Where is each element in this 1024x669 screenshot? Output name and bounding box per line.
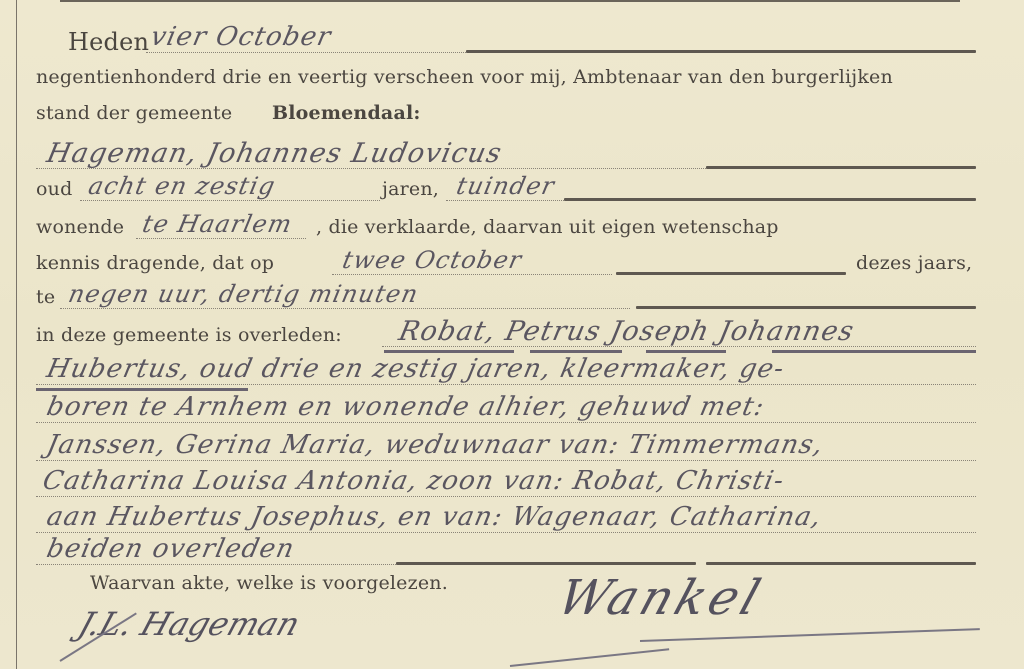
printed-stand: stand der gemeente: [36, 102, 232, 124]
printed-jaren: jaren,: [382, 178, 439, 200]
line-declarant-name: Hageman, Johannes Ludovicus: [36, 134, 996, 174]
handwritten-age: acht en zestig: [86, 172, 278, 200]
dotted-fill: [36, 460, 976, 461]
printed-te: te: [36, 286, 55, 308]
fill-rule: [396, 562, 696, 565]
handwritten-birthplace: boren te Arnhem en wonende alhier, gehuw…: [44, 392, 768, 422]
top-rule: [60, 0, 960, 2]
printed-year-text: negentienhonderd drie en veertig versche…: [36, 66, 893, 88]
printed-oud: oud: [36, 178, 72, 200]
handwritten-deceased: Robat, Petrus Joseph Johannes: [396, 316, 857, 347]
handwritten-declarant: Hageman, Johannes Ludovicus: [44, 138, 505, 169]
handwritten-spouse: Janssen, Gerina Maria, weduwnaar van: Ti…: [44, 430, 826, 460]
printed-overleden: in deze gemeente is overleden:: [36, 324, 342, 346]
line-age-occupation: oud acht en zestig jaren, tuinder: [36, 172, 996, 212]
signature-declarant: J.L. Hageman: [74, 605, 305, 643]
handwritten-both-deceased: beiden overleden: [44, 534, 298, 564]
dotted-fill: [36, 422, 976, 423]
dotted-fill: [136, 238, 306, 239]
line-deceased-name: in deze gemeente is overleden: Robat, Pe…: [36, 316, 996, 356]
dotted-fill: [446, 200, 566, 201]
civil-record-page: Heden vier October negentienhonderd drie…: [0, 0, 1024, 669]
dotted-fill: [80, 200, 380, 201]
line-deceased-details-2: boren te Arnhem en wonende alhier, gehuw…: [36, 390, 996, 430]
line-closing: Waarvan akte, welke is voorgelezen.: [36, 568, 996, 608]
line-residence: wonende te Haarlem , die verklaarde, daa…: [36, 210, 996, 250]
fill-rule: [706, 166, 976, 169]
handwritten-residence: te Haarlem: [140, 210, 295, 238]
handwritten-parents-1: Catharina Louisa Antonia, zoon van: Roba…: [40, 466, 787, 496]
handwritten-death-date: twee October: [340, 246, 525, 274]
dotted-fill: [36, 532, 976, 533]
line-deceased-details-1: Hubertus, oud drie en zestig jaren, klee…: [36, 352, 996, 392]
handwritten-death-time: negen uur, dertig minuten: [66, 280, 421, 308]
dotted-fill: [60, 308, 630, 309]
line-death-time: te negen uur, dertig minuten: [36, 280, 996, 320]
handwritten-deceased-details: Hubertus, oud drie en zestig jaren, klee…: [44, 354, 788, 384]
signature-flourish: [510, 648, 669, 667]
dotted-fill: [332, 274, 612, 275]
printed-closing: Waarvan akte, welke is voorgelezen.: [90, 572, 448, 594]
fill-rule: [466, 50, 976, 53]
fill-rule: [616, 272, 846, 275]
printed-kennis: kennis dragende, dat op: [36, 252, 274, 274]
line-municipality: stand der gemeente Bloemendaal:: [36, 96, 996, 136]
fill-rule: [706, 562, 976, 565]
printed-verklaarde: , die verklaarde, daarvan uit eigen wete…: [316, 216, 779, 238]
handwritten-parents-2: aan Hubertus Josephus, en van: Wagenaar,…: [44, 502, 825, 532]
printed-dezes-jaars: dezes jaars,: [856, 252, 972, 274]
left-margin-line: [16, 0, 17, 669]
printed-heden: Heden: [68, 28, 149, 56]
handwritten-occupation: tuinder: [454, 172, 558, 200]
handwritten-date: vier October: [148, 22, 334, 52]
fill-rule: [564, 198, 976, 201]
line-date: Heden vier October: [36, 20, 996, 60]
signature-underline-stroke: [640, 628, 980, 642]
line-spouse: Janssen, Gerina Maria, weduwnaar van: Ti…: [36, 428, 996, 468]
municipality-name: Bloemendaal:: [272, 102, 421, 124]
printed-wonende: wonende: [36, 216, 124, 238]
fill-rule: [636, 306, 976, 309]
dotted-fill: [36, 564, 396, 565]
dotted-fill: [146, 52, 476, 53]
signature-official: Wankel: [551, 570, 771, 626]
line-parents-1: Catharina Louisa Antonia, zoon van: Roba…: [36, 464, 996, 504]
dotted-fill: [36, 384, 976, 385]
dotted-fill: [36, 496, 976, 497]
